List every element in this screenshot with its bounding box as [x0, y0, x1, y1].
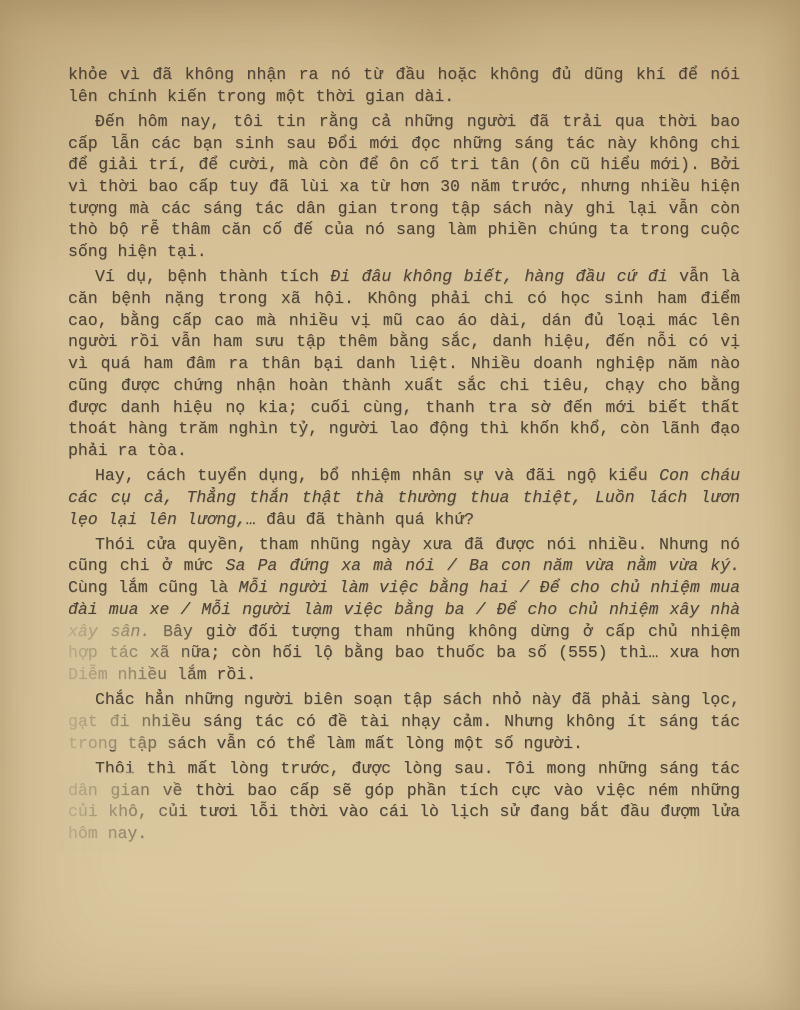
- text-line: Diễm nhiều lắm rồi.: [68, 664, 740, 686]
- italic-text-segment: Mỗi người làm việc bằng hai / Để cho chủ…: [239, 578, 740, 597]
- italic-text-segment: các cụ cả, Thẳng thắn thật thà thường th…: [68, 488, 740, 507]
- paragraph: Chắc hẳn những người biên soạn tập sách …: [68, 689, 740, 754]
- text-segment: căn bệnh nặng trong xã hội. Không phải c…: [68, 289, 740, 308]
- text-line: xây sân. Bây giờ đối tượng tham nhũng kh…: [68, 621, 740, 643]
- text-segment: Thói cửa quyền, tham nhũng ngày xưa đã đ…: [95, 535, 740, 554]
- text-segment: hợp tác xã nữa; còn hối lộ bằng bao thuố…: [68, 643, 740, 662]
- text-segment: gạt đi nhiều sáng tác có đề tài nhạy cảm…: [68, 712, 740, 731]
- text-segment: sống hiện tại.: [68, 242, 207, 261]
- paragraph: Thói cửa quyền, tham nhũng ngày xưa đã đ…: [68, 534, 740, 686]
- text-block: khỏe vì đã không nhận ra nó từ đầu hoặc …: [68, 64, 740, 845]
- paragraph: Đến hôm nay, tôi tin rằng cả những người…: [68, 111, 740, 263]
- text-line: thoát hàng trăm nghìn tỷ, người lao động…: [68, 418, 740, 440]
- text-line: lẹo lại lên lương,… đâu đã thành quá khứ…: [68, 509, 740, 531]
- italic-text-segment: Sa Pa đứng xa mà nói / Ba con năm vừa nằ…: [226, 556, 740, 575]
- text-segment: Cùng lắm cũng là: [68, 578, 239, 597]
- text-line: sống hiện tại.: [68, 241, 740, 263]
- text-line: phải ra tòa.: [68, 440, 740, 462]
- text-line: vì quá ham đâm ra thân bại danh liệt. Nh…: [68, 353, 740, 375]
- text-line: cao, bằng cấp cao mà nhiều vị mũ cao áo …: [68, 310, 740, 332]
- text-segment: để giải trí, để cười, mà còn để ôn cố tr…: [68, 155, 740, 174]
- text-segment: Bây giờ đối tượng tham nhũng không dừng …: [150, 622, 740, 641]
- text-line: Thói cửa quyền, tham nhũng ngày xưa đã đ…: [68, 534, 740, 556]
- text-segment: củi khô, củi tươi lỗi thời vào cái lò lị…: [68, 802, 740, 821]
- text-line: căn bệnh nặng trong xã hội. Không phải c…: [68, 288, 740, 310]
- text-segment: phải ra tòa.: [68, 441, 187, 460]
- text-segment: tượng mà các sáng tác dân gian trong tập…: [68, 199, 740, 218]
- text-line: được danh hiệu nọ kia; cuối cùng, thanh …: [68, 397, 740, 419]
- text-line: Thôi thì mất lòng trước, được lòng sau. …: [68, 758, 740, 780]
- text-line: củi khô, củi tươi lỗi thời vào cái lò lị…: [68, 801, 740, 823]
- text-segment: Đến hôm nay, tôi tin rằng cả những người…: [95, 112, 740, 131]
- text-line: trong tập sách vẫn có thể làm mất lòng m…: [68, 733, 740, 755]
- paragraph: khỏe vì đã không nhận ra nó từ đầu hoặc …: [68, 64, 740, 107]
- text-segment: khỏe vì đã không nhận ra nó từ đầu hoặc …: [68, 65, 740, 84]
- text-segment: thoát hàng trăm nghìn tỷ, người lao động…: [68, 419, 740, 438]
- text-segment: trong tập sách vẫn có thể làm mất lòng m…: [68, 734, 583, 753]
- italic-text-segment: Con cháu: [659, 466, 740, 485]
- text-segment: vẫn là: [668, 267, 740, 286]
- text-segment: Ví dụ, bệnh thành tích: [95, 267, 330, 286]
- text-segment: lên chính kiến trong một thời gian dài.: [68, 87, 454, 106]
- text-segment: được danh hiệu nọ kia; cuối cùng, thanh …: [68, 398, 740, 417]
- text-line: cũng được chứng nhận hoàn thành xuất sắc…: [68, 375, 740, 397]
- text-line: các cụ cả, Thẳng thắn thật thà thường th…: [68, 487, 740, 509]
- text-segment: Thôi thì mất lòng trước, được lòng sau. …: [95, 759, 740, 778]
- text-segment: dân gian về thời bao cấp sẽ góp phần tíc…: [68, 781, 740, 800]
- text-line: vì thời bao cấp tuy đã lùi xa từ hơn 30 …: [68, 176, 740, 198]
- italic-text-segment: Đi đâu không biết, hàng đầu cứ đi: [330, 267, 667, 286]
- text-line: cấp lẫn các bạn sinh sau Đổi mới đọc nhữ…: [68, 133, 740, 155]
- text-line: người rồi vẫn ham sưu tập thêm bằng sắc,…: [68, 331, 740, 353]
- text-segment: hôm nay.: [68, 824, 147, 843]
- text-line: gạt đi nhiều sáng tác có đề tài nhạy cảm…: [68, 711, 740, 733]
- text-line: dân gian về thời bao cấp sẽ góp phần tíc…: [68, 780, 740, 802]
- text-segment: cũng chi ở mức: [68, 556, 226, 575]
- italic-text-segment: xây sân.: [68, 622, 150, 641]
- text-line: tượng mà các sáng tác dân gian trong tập…: [68, 198, 740, 220]
- paragraph: Ví dụ, bệnh thành tích Đi đâu không biết…: [68, 266, 740, 461]
- text-segment: vì quá ham đâm ra thân bại danh liệt. Nh…: [68, 354, 740, 373]
- text-line: đài mua xe / Mỗi người làm việc bằng ba …: [68, 599, 740, 621]
- text-segment: đâu đã thành quá khứ?: [266, 510, 474, 529]
- text-line: cũng chi ở mức Sa Pa đứng xa mà nói / Ba…: [68, 555, 740, 577]
- text-segment: cũng được chứng nhận hoàn thành xuất sắc…: [68, 376, 740, 395]
- text-segment: thò bộ rễ thâm căn cố đế của nó sang làm…: [68, 220, 740, 239]
- text-line: Đến hôm nay, tôi tin rằng cả những người…: [68, 111, 740, 133]
- text-line: Chắc hẳn những người biên soạn tập sách …: [68, 689, 740, 711]
- text-segment: Chắc hẳn những người biên soạn tập sách …: [95, 690, 740, 709]
- text-segment: cấp lẫn các bạn sinh sau Đổi mới đọc nhữ…: [68, 134, 740, 153]
- text-line: hợp tác xã nữa; còn hối lộ bằng bao thuố…: [68, 642, 740, 664]
- text-segment: vì thời bao cấp tuy đã lùi xa từ hơn 30 …: [68, 177, 740, 196]
- text-line: Cùng lắm cũng là Mỗi người làm việc bằng…: [68, 577, 740, 599]
- text-line: Hay, cách tuyển dụng, bổ nhiệm nhân sự v…: [68, 465, 740, 487]
- text-line: hôm nay.: [68, 823, 740, 845]
- italic-text-segment: đài mua xe / Mỗi người làm việc bằng ba …: [68, 600, 740, 619]
- text-line: thò bộ rễ thâm căn cố đế của nó sang làm…: [68, 219, 740, 241]
- paragraph: Hay, cách tuyển dụng, bổ nhiệm nhân sự v…: [68, 465, 740, 530]
- text-line: lên chính kiến trong một thời gian dài.: [68, 86, 740, 108]
- paragraph: Thôi thì mất lòng trước, được lòng sau. …: [68, 758, 740, 845]
- text-segment: Diễm nhiều lắm rồi.: [68, 665, 256, 684]
- italic-text-segment: lẹo lại lên lương,…: [68, 510, 266, 529]
- text-line: khỏe vì đã không nhận ra nó từ đầu hoặc …: [68, 64, 740, 86]
- text-line: để giải trí, để cười, mà còn để ôn cố tr…: [68, 154, 740, 176]
- text-segment: người rồi vẫn ham sưu tập thêm bằng sắc,…: [68, 332, 740, 351]
- text-segment: cao, bằng cấp cao mà nhiều vị mũ cao áo …: [68, 311, 740, 330]
- text-line: Ví dụ, bệnh thành tích Đi đâu không biết…: [68, 266, 740, 288]
- text-segment: Hay, cách tuyển dụng, bổ nhiệm nhân sự v…: [95, 466, 659, 485]
